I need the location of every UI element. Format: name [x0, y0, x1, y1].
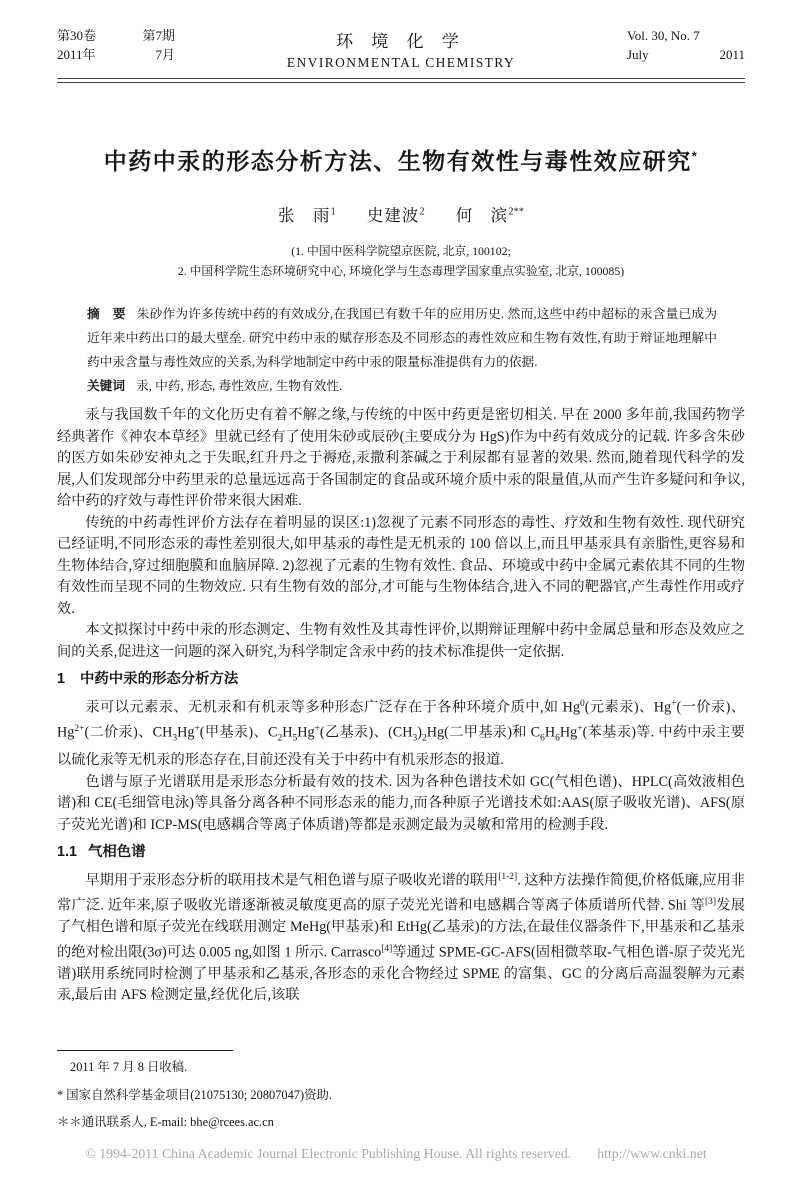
author-affil-mark: 1 [331, 206, 336, 217]
keywords-row: 关键词汞, 中药, 形态, 毒性效应, 生物有效性. [87, 374, 717, 398]
abstract-paragraph: 摘 要朱砂作为许多传统中药的有效成分,在我国已有数千年的应用历史. 然而,这些中… [87, 302, 717, 375]
volume-issue-en: Vol. 30, No. 7 July 2011 [627, 26, 745, 64]
journal-page: 第30卷 第7期 2011年 7月 环 境 化 学 ENVIRONMENTAL … [0, 0, 792, 1191]
month-cn: 7月 [155, 45, 175, 64]
date-row-en: July 2011 [627, 45, 745, 64]
abstract-text: 朱砂作为许多传统中药的有效成分,在我国已有数千年的应用历史. 然而,这些中药中超… [87, 307, 717, 369]
author: 张 雨1 [278, 206, 336, 225]
header-divider [57, 78, 745, 83]
paragraph: 汞与我国数千年的文化历史有着不解之缘,与传统的中医中药更是密切相关. 早在 20… [57, 405, 745, 513]
year-en: 2011 [719, 45, 745, 64]
keywords-text: 汞, 中药, 形态, 毒性效应, 生物有效性. [136, 379, 342, 393]
paragraph: 早期用于汞形态分析的联用技术是气相色谱与原子吸收光谱的联用[1-2]. 这种方法… [57, 867, 745, 1007]
article-title: 中药中汞的形态分析方法、生物有效性与毒性效应研究* [57, 143, 745, 176]
author-name: 张 雨 [278, 206, 331, 225]
month-en: July [627, 45, 649, 64]
article-body: 汞与我国数千年的文化历史有着不解之缘,与传统的中医中药更是密切相关. 早在 20… [57, 405, 745, 1007]
affiliation-line: (1. 中国中医科学院望京医院, 北京, 100102; [57, 241, 745, 261]
section-heading-1-1: 1.1气相色谱 [57, 842, 745, 864]
paragraph: 汞可以元素汞、无机汞和有机汞等多种形态广泛存在于各种环境介质中,如 Hg0(元素… [57, 694, 745, 772]
author: 史建波2 [367, 206, 425, 225]
author: 何 滨2** [456, 206, 524, 225]
authors-line: 张 雨1 史建波2 何 滨2** [57, 202, 745, 226]
footnote-correspondence: ＊＊通讯联系人, E-mail: bhe@rcees.ac.cn [57, 1109, 745, 1137]
paragraph: 传统的中药毒性评价方法存在着明显的误区:1)忽视了元素不同形态的毒性、疗效和生物… [57, 513, 745, 621]
section-number: 1 [57, 671, 65, 687]
journal-title-block: 环 境 化 学 ENVIRONMENTAL CHEMISTRY [287, 26, 515, 71]
abstract-section: 摘 要朱砂作为许多传统中药的有效成分,在我国已有数千年的应用历史. 然而,这些中… [87, 302, 717, 399]
author-affil-mark: 2** [508, 206, 524, 217]
volume-row-en: Vol. 30, No. 7 [627, 26, 745, 45]
title-footnote-mark: * [692, 148, 699, 163]
paragraph: 本文拟探讨中药中汞的形态测定、生物有效性及其毒性评价,以期辩证理解中药中金属总量… [57, 620, 745, 663]
section-title: 中药中汞的形态分析方法 [80, 671, 238, 687]
affiliations: (1. 中国中医科学院望京医院, 北京, 100102; 2. 中国科学院生态环… [57, 241, 745, 281]
author-affil-mark: 2 [419, 206, 424, 217]
section-title: 气相色谱 [88, 844, 146, 860]
author-name: 何 滨 [456, 206, 509, 225]
issue-cn: 第7期 [142, 26, 175, 45]
volume-row-cn: 第30卷 第7期 [57, 26, 175, 45]
section-number: 1.1 [57, 844, 77, 860]
page-content: 第30卷 第7期 2011年 7月 环 境 化 学 ENVIRONMENTAL … [0, 0, 792, 1007]
keywords-label: 关键词 [87, 379, 125, 393]
volume-cn: 第30卷 [57, 26, 96, 45]
footnote-received: 2011 年 7 月 8 日收稿. [57, 1054, 745, 1082]
journal-title-en: ENVIRONMENTAL CHEMISTRY [287, 55, 515, 71]
copyright-bar: © 1994-2011 China Academic Journal Elect… [0, 1146, 792, 1162]
affiliation-line: 2. 中国科学院生态环境研究中心, 环境化学与生态毒理学国家重点实验室, 北京,… [57, 261, 745, 281]
abstract-label: 摘 要 [87, 307, 126, 321]
footnote-funding: * 国家自然科学基金项目(21075130; 20807047)资助. [57, 1082, 745, 1110]
footnote-divider [57, 1050, 233, 1051]
paragraph: 色谱与原子光谱联用是汞形态分析最有效的技术. 因为各种色谱技术如 GC(气相色谱… [57, 772, 745, 837]
article-title-text: 中药中汞的形态分析方法、生物有效性与毒性效应研究 [104, 148, 692, 174]
author-name: 史建波 [367, 206, 420, 225]
cnki-url: http://www.cnki.net [597, 1146, 706, 1162]
copyright-text: © 1994-2011 China Academic Journal Elect… [85, 1146, 571, 1162]
volume-issue-cn: 第30卷 第7期 2011年 7月 [57, 26, 175, 64]
section-heading-1: 1中药中汞的形态分析方法 [57, 669, 745, 691]
volume-en: Vol. 30, No. 7 [627, 26, 700, 45]
date-row-cn: 2011年 7月 [57, 45, 175, 64]
journal-header: 第30卷 第7期 2011年 7月 环 境 化 学 ENVIRONMENTAL … [57, 26, 745, 71]
year-cn: 2011年 [57, 45, 96, 64]
journal-title-cn: 环 境 化 学 [287, 27, 515, 52]
footnotes: 2011 年 7 月 8 日收稿. * 国家自然科学基金项目(21075130;… [57, 1050, 745, 1137]
